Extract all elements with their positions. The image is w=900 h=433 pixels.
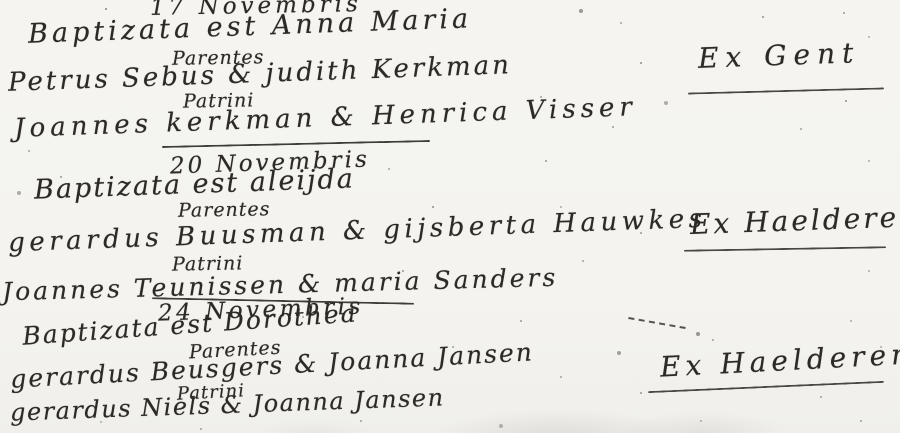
record-2-baptism-line: Baptizata est aleijda [34,165,356,203]
record-1-origin-annotation: Ex Gent [698,39,861,73]
record-2-origin-underline [684,246,886,252]
record-3-origin-underline [648,381,884,393]
record-1-patrini-names: Joannes kerkman & Henrica Visser [14,94,638,142]
record-divider-1 [162,140,430,148]
record-3-dash-mark [628,317,685,329]
scanned-register-page: 17 Novembris Baptizata est Anna Maria Pa… [0,0,900,433]
record-2-parents-names: gerardus Buusman & gijsberta Hauwkes [8,206,707,256]
scan-noise-speckles [0,0,2,2]
record-3-patrini-names: gerardus Niels & Joanna Jansen [10,385,445,424]
record-2-parents-label: Parentes [178,200,271,221]
record-1-parents-names: Petrus Sebus & judith Kerkman [8,52,513,96]
record-1-origin-underline [688,87,884,94]
record-2-origin-annotation: Ex Haelderen [690,203,900,239]
record-1-baptism-line: Baptizata est Anna Maria [28,5,473,47]
record-3-origin-annotation: Ex Haelderen [659,340,900,381]
